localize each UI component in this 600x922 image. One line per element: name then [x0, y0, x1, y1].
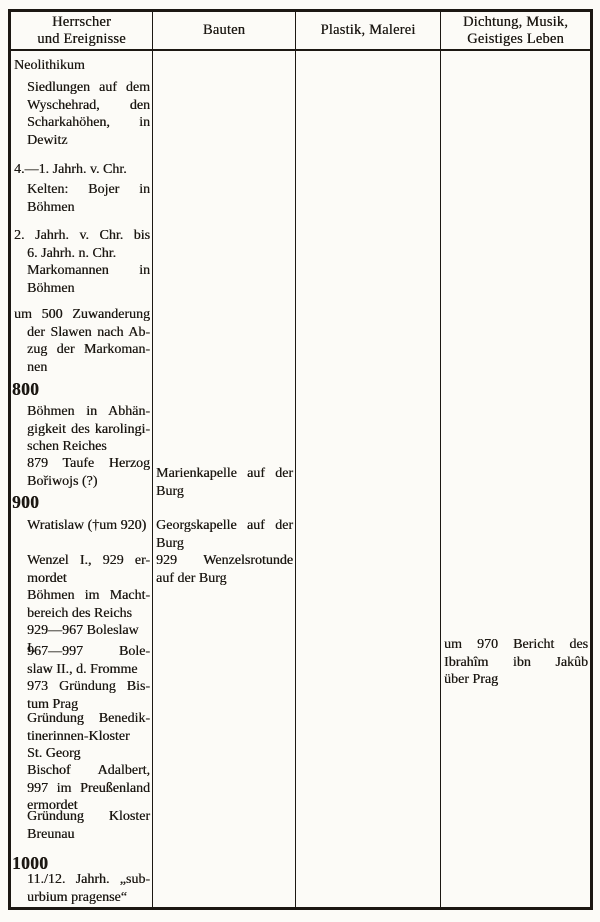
entry-line: um 970 Bericht des — [444, 636, 588, 654]
header-line: Geistiges Leben — [467, 31, 564, 48]
entry-line: zug der Markoman- — [14, 341, 150, 359]
era-heading: 800 — [11, 379, 152, 399]
header-cell-plastik-malerei: Plastik, Malerei — [296, 12, 441, 49]
header-line: Bauten — [203, 22, 245, 39]
table-entry: 973 Gründung Bis-tum Prag — [11, 678, 152, 713]
chronology-table: Herrscherund EreignisseBautenPlastik, Ma… — [8, 9, 593, 910]
entry-line: tinerinnen-Kloster — [14, 728, 150, 746]
entry-line: Ibrahîm ibn Jakûb — [444, 654, 588, 672]
entry-line: über Prag — [444, 671, 588, 689]
column-herrscher-und-ereignisse: NeolithikumSiedlungen auf demWyschehrad,… — [11, 51, 153, 907]
entry-line: 11./12. Jahrh. „sub- — [14, 871, 150, 889]
table-entry: Böhmen im Macht-bereich des Reichs — [11, 587, 152, 622]
entry-line: Dewitz — [14, 132, 150, 150]
table-entry: Markomannen inBöhmen — [11, 262, 152, 297]
table-header-row: Herrscherund EreignisseBautenPlastik, Ma… — [11, 12, 590, 51]
entry-line: 973 Gründung Bis- — [14, 678, 150, 696]
entry-line: 929 Wenzelsrotunde — [156, 552, 293, 570]
table-entry: 11./12. Jahrh. „sub-urbium pragense“ — [11, 871, 152, 906]
table-entry: Gründung KlosterBreunau — [11, 808, 152, 843]
entry-line: Gründung Kloster — [14, 808, 150, 826]
table-entry: Wenzel I., 929 er-mordet — [11, 552, 152, 587]
entry-line: 1000 — [12, 853, 150, 873]
entry-line: Wyschehrad, den — [14, 97, 150, 115]
table-entry: Gründung Benedik-tinerinnen-KlosterSt. G… — [11, 710, 152, 763]
entry-line: St. Georg — [14, 745, 150, 763]
entry-line: Georgskapelle auf der — [156, 517, 293, 535]
entry-line: Breunau — [14, 826, 150, 844]
entry-line: Bořiwojs (?) — [14, 473, 150, 491]
column-bauten: Marienkapelle auf derBurgGeorgskapelle a… — [153, 51, 296, 907]
entry-line: Markomannen in — [14, 262, 150, 280]
column-dichtung-musik-geistiges-leben: um 970 Bericht desIbrahîm ibn Jakûbüber … — [441, 51, 590, 907]
table-entry: Neolithikum — [11, 57, 152, 75]
entry-line: Böhmen — [14, 199, 150, 217]
column-plastik-malerei — [296, 51, 441, 907]
header-cell-bauten: Bauten — [153, 12, 296, 49]
entry-line: 879 Taufe Herzog — [14, 455, 150, 473]
entry-line: 800 — [12, 379, 150, 399]
table-entry: 879 Taufe HerzogBořiwojs (?) — [11, 455, 152, 490]
scanned-book-page: Herrscherund EreignisseBautenPlastik, Ma… — [0, 0, 600, 922]
entry-line: 4.—1. Jahrh. v. Chr. — [14, 161, 150, 179]
table-entry: 929 Wenzelsrotundeauf der Burg — [153, 552, 295, 587]
entry-line: der Slawen nach Ab- — [14, 324, 150, 342]
entry-line: Neolithikum — [14, 57, 150, 75]
entry-line: Böhmen — [14, 280, 150, 298]
table-entry: um 500 Zuwanderungder Slawen nach Ab-zug… — [11, 306, 152, 376]
entry-line: Wenzel I., 929 er- — [14, 552, 150, 570]
entry-line: um 500 Zuwanderung — [14, 306, 150, 324]
header-line: Dichtung, Musik, — [463, 14, 568, 31]
table-entry: Siedlungen auf demWyschehrad, denScharka… — [11, 79, 152, 149]
entry-line: bereich des Reichs — [14, 605, 150, 623]
entry-line: 997 im Preußenland — [14, 780, 150, 798]
table-entry: 2. Jahrh. v. Chr. bis6. Jahrh. n. Chr. — [11, 227, 152, 262]
entry-line: Böhmen in Abhän- — [14, 403, 150, 421]
header-line: Herrscher — [52, 14, 111, 31]
header-cell-dichtung-musik: Dichtung, Musik,Geistiges Leben — [441, 12, 590, 49]
entry-line: Marienkapelle auf der — [156, 465, 293, 483]
header-cell-herrscher: Herrscherund Ereignisse — [11, 12, 153, 49]
table-entry: Kelten: Bojer inBöhmen — [11, 181, 152, 216]
entry-line: gigkeit des karolingi- — [14, 421, 150, 439]
entry-line: Böhmen im Macht- — [14, 587, 150, 605]
header-line: Plastik, Malerei — [320, 22, 415, 39]
table-entry: Marienkapelle auf derBurg — [153, 465, 295, 500]
table-entry: Wratislaw (†um 920) — [11, 517, 152, 535]
entry-line: Burg — [156, 535, 293, 553]
table-entry: Böhmen in Abhän-gigkeit des karolingi-sc… — [11, 403, 152, 456]
entry-line: Kelten: Bojer in — [14, 181, 150, 199]
entry-line: slaw II., d. Fromme — [14, 661, 150, 679]
entry-line: 6. Jahrh. n. Chr. — [14, 245, 150, 263]
table-entry: Bischof Adalbert,997 im Preußenlandermor… — [11, 762, 152, 815]
table-entry: um 970 Bericht desIbrahîm ibn Jakûbüber … — [441, 636, 590, 689]
entry-line: 900 — [12, 492, 150, 512]
entry-line: Burg — [156, 483, 293, 501]
entry-line: Scharkahöhen, in — [14, 114, 150, 132]
entry-line: urbium pragense“ — [14, 889, 150, 907]
entry-line: Wratislaw (†um 920) — [14, 517, 150, 535]
table-body: NeolithikumSiedlungen auf demWyschehrad,… — [11, 51, 590, 907]
table-entry: 4.—1. Jahrh. v. Chr. — [11, 161, 152, 179]
entry-line: Gründung Benedik- — [14, 710, 150, 728]
table-entry: Georgskapelle auf derBurg — [153, 517, 295, 552]
entry-line: nen — [14, 359, 150, 377]
entry-line: schen Reiches — [14, 438, 150, 456]
entry-line: 2. Jahrh. v. Chr. bis — [14, 227, 150, 245]
header-line: und Ereignisse — [37, 31, 126, 48]
era-heading: 900 — [11, 492, 152, 512]
entry-line: Siedlungen auf dem — [14, 79, 150, 97]
entry-line: mordet — [14, 570, 150, 588]
table-entry: 967—997 Bole-slaw II., d. Fromme — [11, 643, 152, 678]
era-heading: 1000 — [11, 853, 152, 873]
entry-line: Bischof Adalbert, — [14, 762, 150, 780]
entry-line: auf der Burg — [156, 570, 293, 588]
entry-line: 967—997 Bole- — [14, 643, 150, 661]
